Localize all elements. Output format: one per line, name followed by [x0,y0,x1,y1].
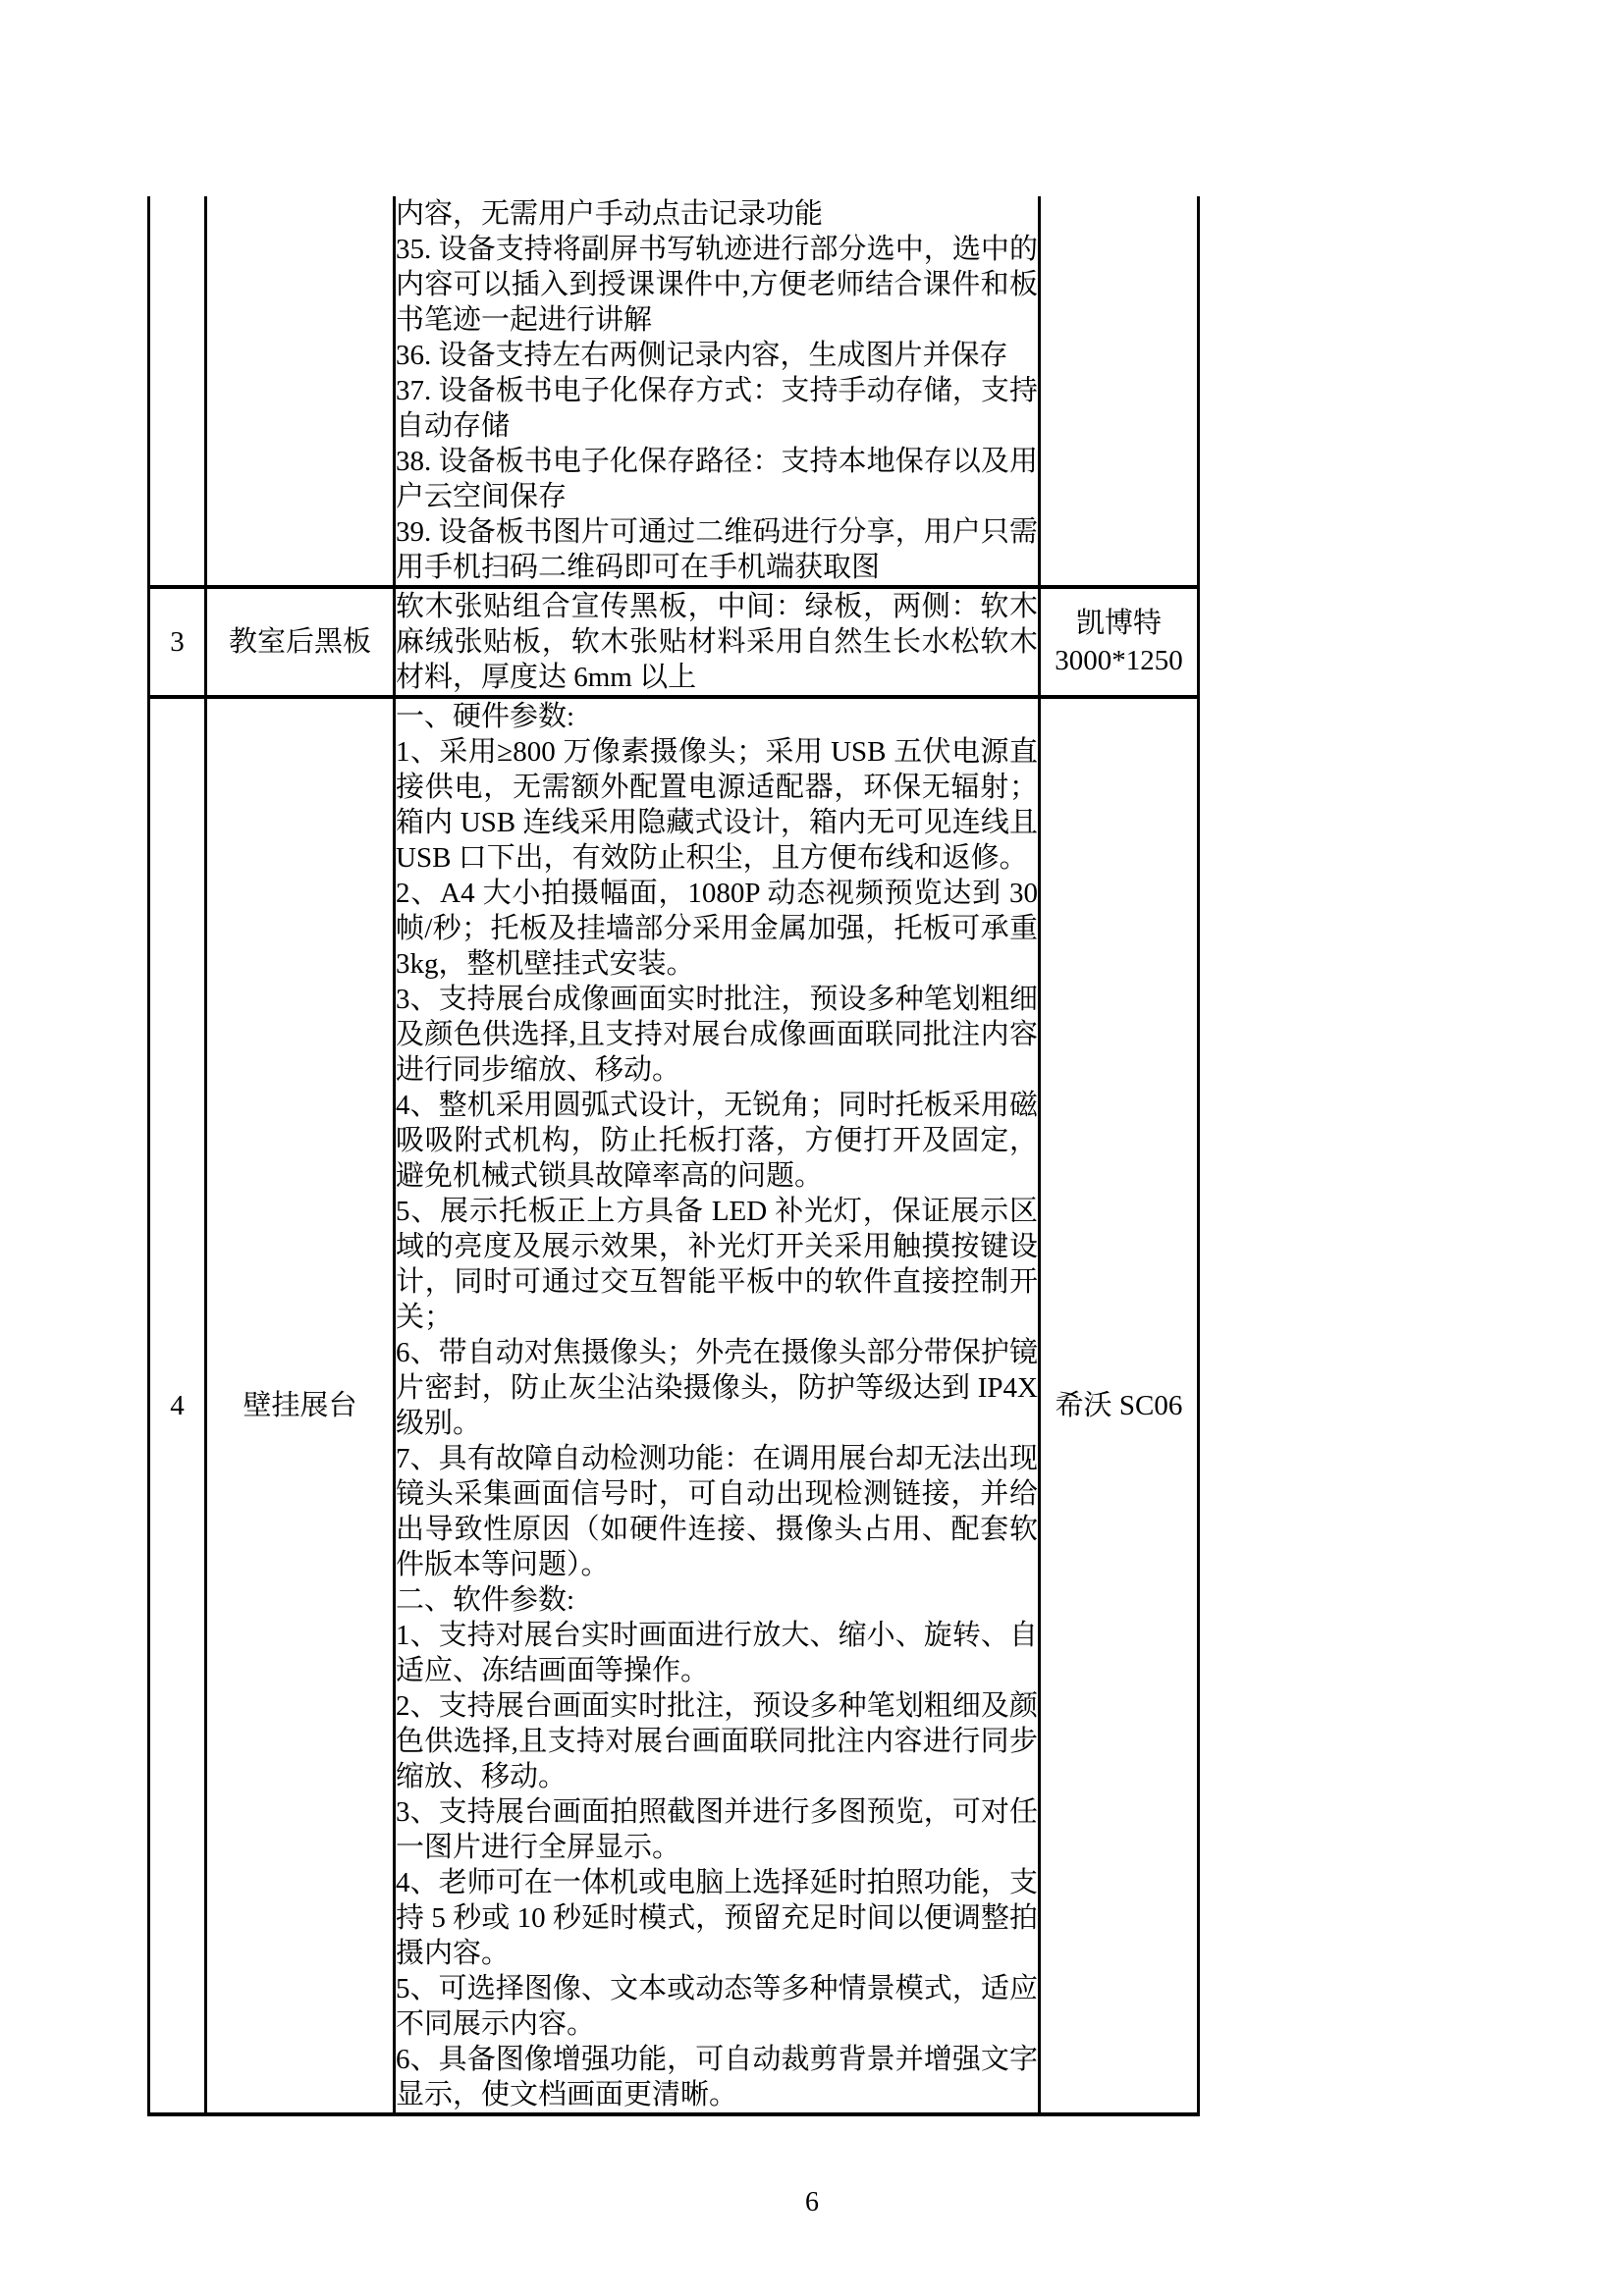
row-spec-text: 一、硬件参数:1、采用≥800 万像素摄像头；采用 USB 五伏电源直接供电，无… [395,697,1040,2114]
spec-paragraph: 一、硬件参数: [396,699,1038,734]
spec-paragraph: 4、整机采用圆弧式设计，无锐角；同时托板采用磁吸吸附式机构，防止托板打落，方便打… [396,1088,1038,1194]
spec-paragraph: 7、具有故障自动检测功能：在调用展台却无法出现镜头采集画面信号时，可自动出现检测… [396,1441,1038,1582]
spec-paragraph: 5、展示托板正上方具备 LED 补光灯，保证展示区域的亮度及展示效果，补光灯开关… [396,1194,1038,1335]
row-item-name [206,196,395,587]
row-brand-model: 凯博特3000*1250 [1040,587,1199,697]
spec-paragraph: 1、采用≥800 万像素摄像头；采用 USB 五伏电源直接供电，无需额外配置电源… [396,734,1038,876]
spec-table: 内容，无需用户手动点击记录功能35. 设备支持将副屏书写轨迹进行部分选中，选中的… [147,196,1200,2116]
brand-model-line: 希沃 SC06 [1041,1387,1197,1424]
spec-paragraph: 4、老师可在一体机或电脑上选择延时拍照功能，支持 5 秒或 10 秒延时模式，预… [396,1865,1038,1971]
spec-paragraph: 39. 设备板书图片可通过二维码进行分享，用户只需用手机扫码二维码即可在手机端获… [396,514,1038,585]
document-page: 内容，无需用户手动点击记录功能35. 设备支持将副屏书写轨迹进行部分选中，选中的… [0,0,1624,2296]
spec-paragraph: 3、支持展台画面拍照截图并进行多图预览，可对任一图片进行全屏显示。 [396,1794,1038,1865]
brand-model-line: 3000*1250 [1041,642,1197,679]
row-seq-number: 4 [149,697,206,2114]
spec-paragraph: 6、具备图像增强功能，可自动裁剪背景并增强文字显示，使文档画面更清晰。 [396,2042,1038,2112]
spec-paragraph: 5、可选择图像、文本或动态等多种情景模式，适应不同展示内容。 [396,1971,1038,2042]
spec-paragraph: 37. 设备板书电子化保存方式：支持手动存储，支持自动存储 [396,373,1038,444]
spec-paragraph: 2、A4 大小拍摄幅面，1080P 动态视频预览达到 30 帧/秒；托板及挂墙部… [396,876,1038,982]
row-brand-model: 希沃 SC06 [1040,697,1199,2114]
row-item-name: 壁挂展台 [206,697,395,2114]
brand-model-line: 凯博特 [1041,605,1197,642]
page-number: 6 [0,2187,1624,2218]
table-row: 4 壁挂展台 一、硬件参数:1、采用≥800 万像素摄像头；采用 USB 五伏电… [149,697,1199,2114]
spec-paragraph: 2、支持展台画面实时批注，预设多种笔划粗细及颜色供选择,且支持对展台画面联同批注… [396,1688,1038,1794]
spec-paragraph: 38. 设备板书电子化保存路径：支持本地保存以及用户云空间保存 [396,444,1038,514]
spec-paragraph: 36. 设备支持左右两侧记录内容，生成图片并保存 [396,338,1038,373]
row-seq-number: 3 [149,587,206,697]
spec-paragraph: 35. 设备支持将副屏书写轨迹进行部分选中，选中的内容可以插入到授课课件中,方便… [396,232,1038,338]
spec-paragraph: 二、软件参数: [396,1582,1038,1618]
row-spec-text: 软木张贴组合宣传黑板，中间：绿板，两侧：软木麻绒张贴板，软木张贴材料采用自然生长… [395,587,1040,697]
spec-paragraph: 软木张贴组合宣传黑板，中间：绿板，两侧：软木麻绒张贴板，软木张贴材料采用自然生长… [396,589,1038,695]
row-spec-text: 内容，无需用户手动点击记录功能35. 设备支持将副屏书写轨迹进行部分选中，选中的… [395,196,1040,587]
spec-paragraph: 6、带自动对焦摄像头；外壳在摄像头部分带保护镜片密封，防止灰尘沾染摄像头，防护等… [396,1335,1038,1441]
row-brand-model [1040,196,1199,587]
spec-paragraph: 3、支持展台成像画面实时批注，预设多种笔划粗细及颜色供选择,且支持对展台成像画面… [396,982,1038,1088]
row-seq-number [149,196,206,587]
row-item-name: 教室后黑板 [206,587,395,697]
table-row: 3 教室后黑板 软木张贴组合宣传黑板，中间：绿板，两侧：软木麻绒张贴板，软木张贴… [149,587,1199,697]
spec-paragraph: 内容，无需用户手动点击记录功能 [396,196,1038,232]
table-row: 内容，无需用户手动点击记录功能35. 设备支持将副屏书写轨迹进行部分选中，选中的… [149,196,1199,587]
spec-paragraph: 1、支持对展台实时画面进行放大、缩小、旋转、自适应、冻结画面等操作。 [396,1618,1038,1688]
